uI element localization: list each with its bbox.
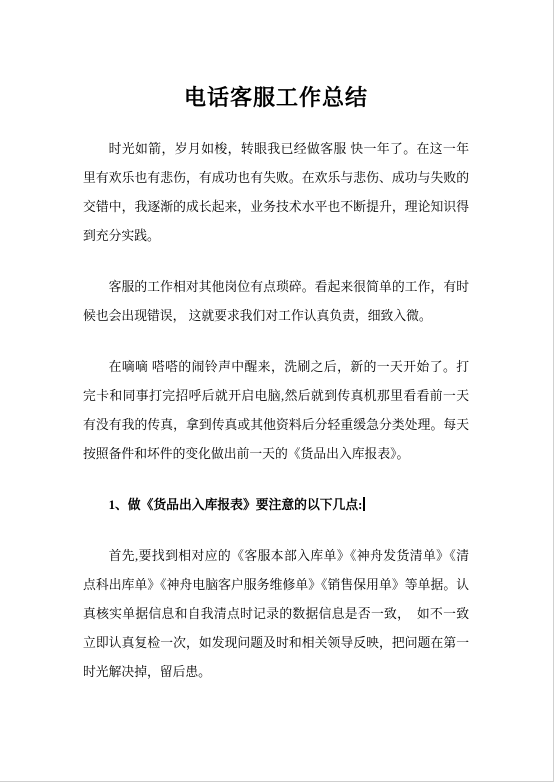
paragraph-daily-routine[interactable]: 在嘀嘀 嗒嗒的闹铃声中醒来，洗刷之后，新的一天开始了。打完卡和同事打完招呼后就开… [83, 353, 469, 469]
section-heading-text: 1、做《货品出入库报表》要注意的以下几点: [109, 498, 363, 512]
document-page[interactable]: 电话客服工作总结 时光如箭，岁月如梭，转眼我已经做客服 快一年了。在这一年里有欢… [0, 0, 554, 782]
paragraph-intro[interactable]: 时光如箭，岁月如梭，转眼我已经做客服 快一年了。在这一年里有欢乐也有悲伤，有成功… [83, 135, 469, 251]
document-title: 电话客服工作总结 [83, 83, 469, 113]
paragraph-work-nature[interactable]: 客服的工作相对其他岗位有点琐碎。看起来很简单的工作，有时候也会出现错误， 这就要… [83, 273, 469, 331]
text-cursor [363, 497, 365, 511]
section-heading[interactable]: 1、做《货品出入库报表》要注意的以下几点: [83, 491, 469, 520]
paragraph-report-steps[interactable]: 首先,要找到相对应的《客服本部入库单》《神舟发货清单》《清点科出库单》《神舟电脑… [83, 542, 469, 687]
